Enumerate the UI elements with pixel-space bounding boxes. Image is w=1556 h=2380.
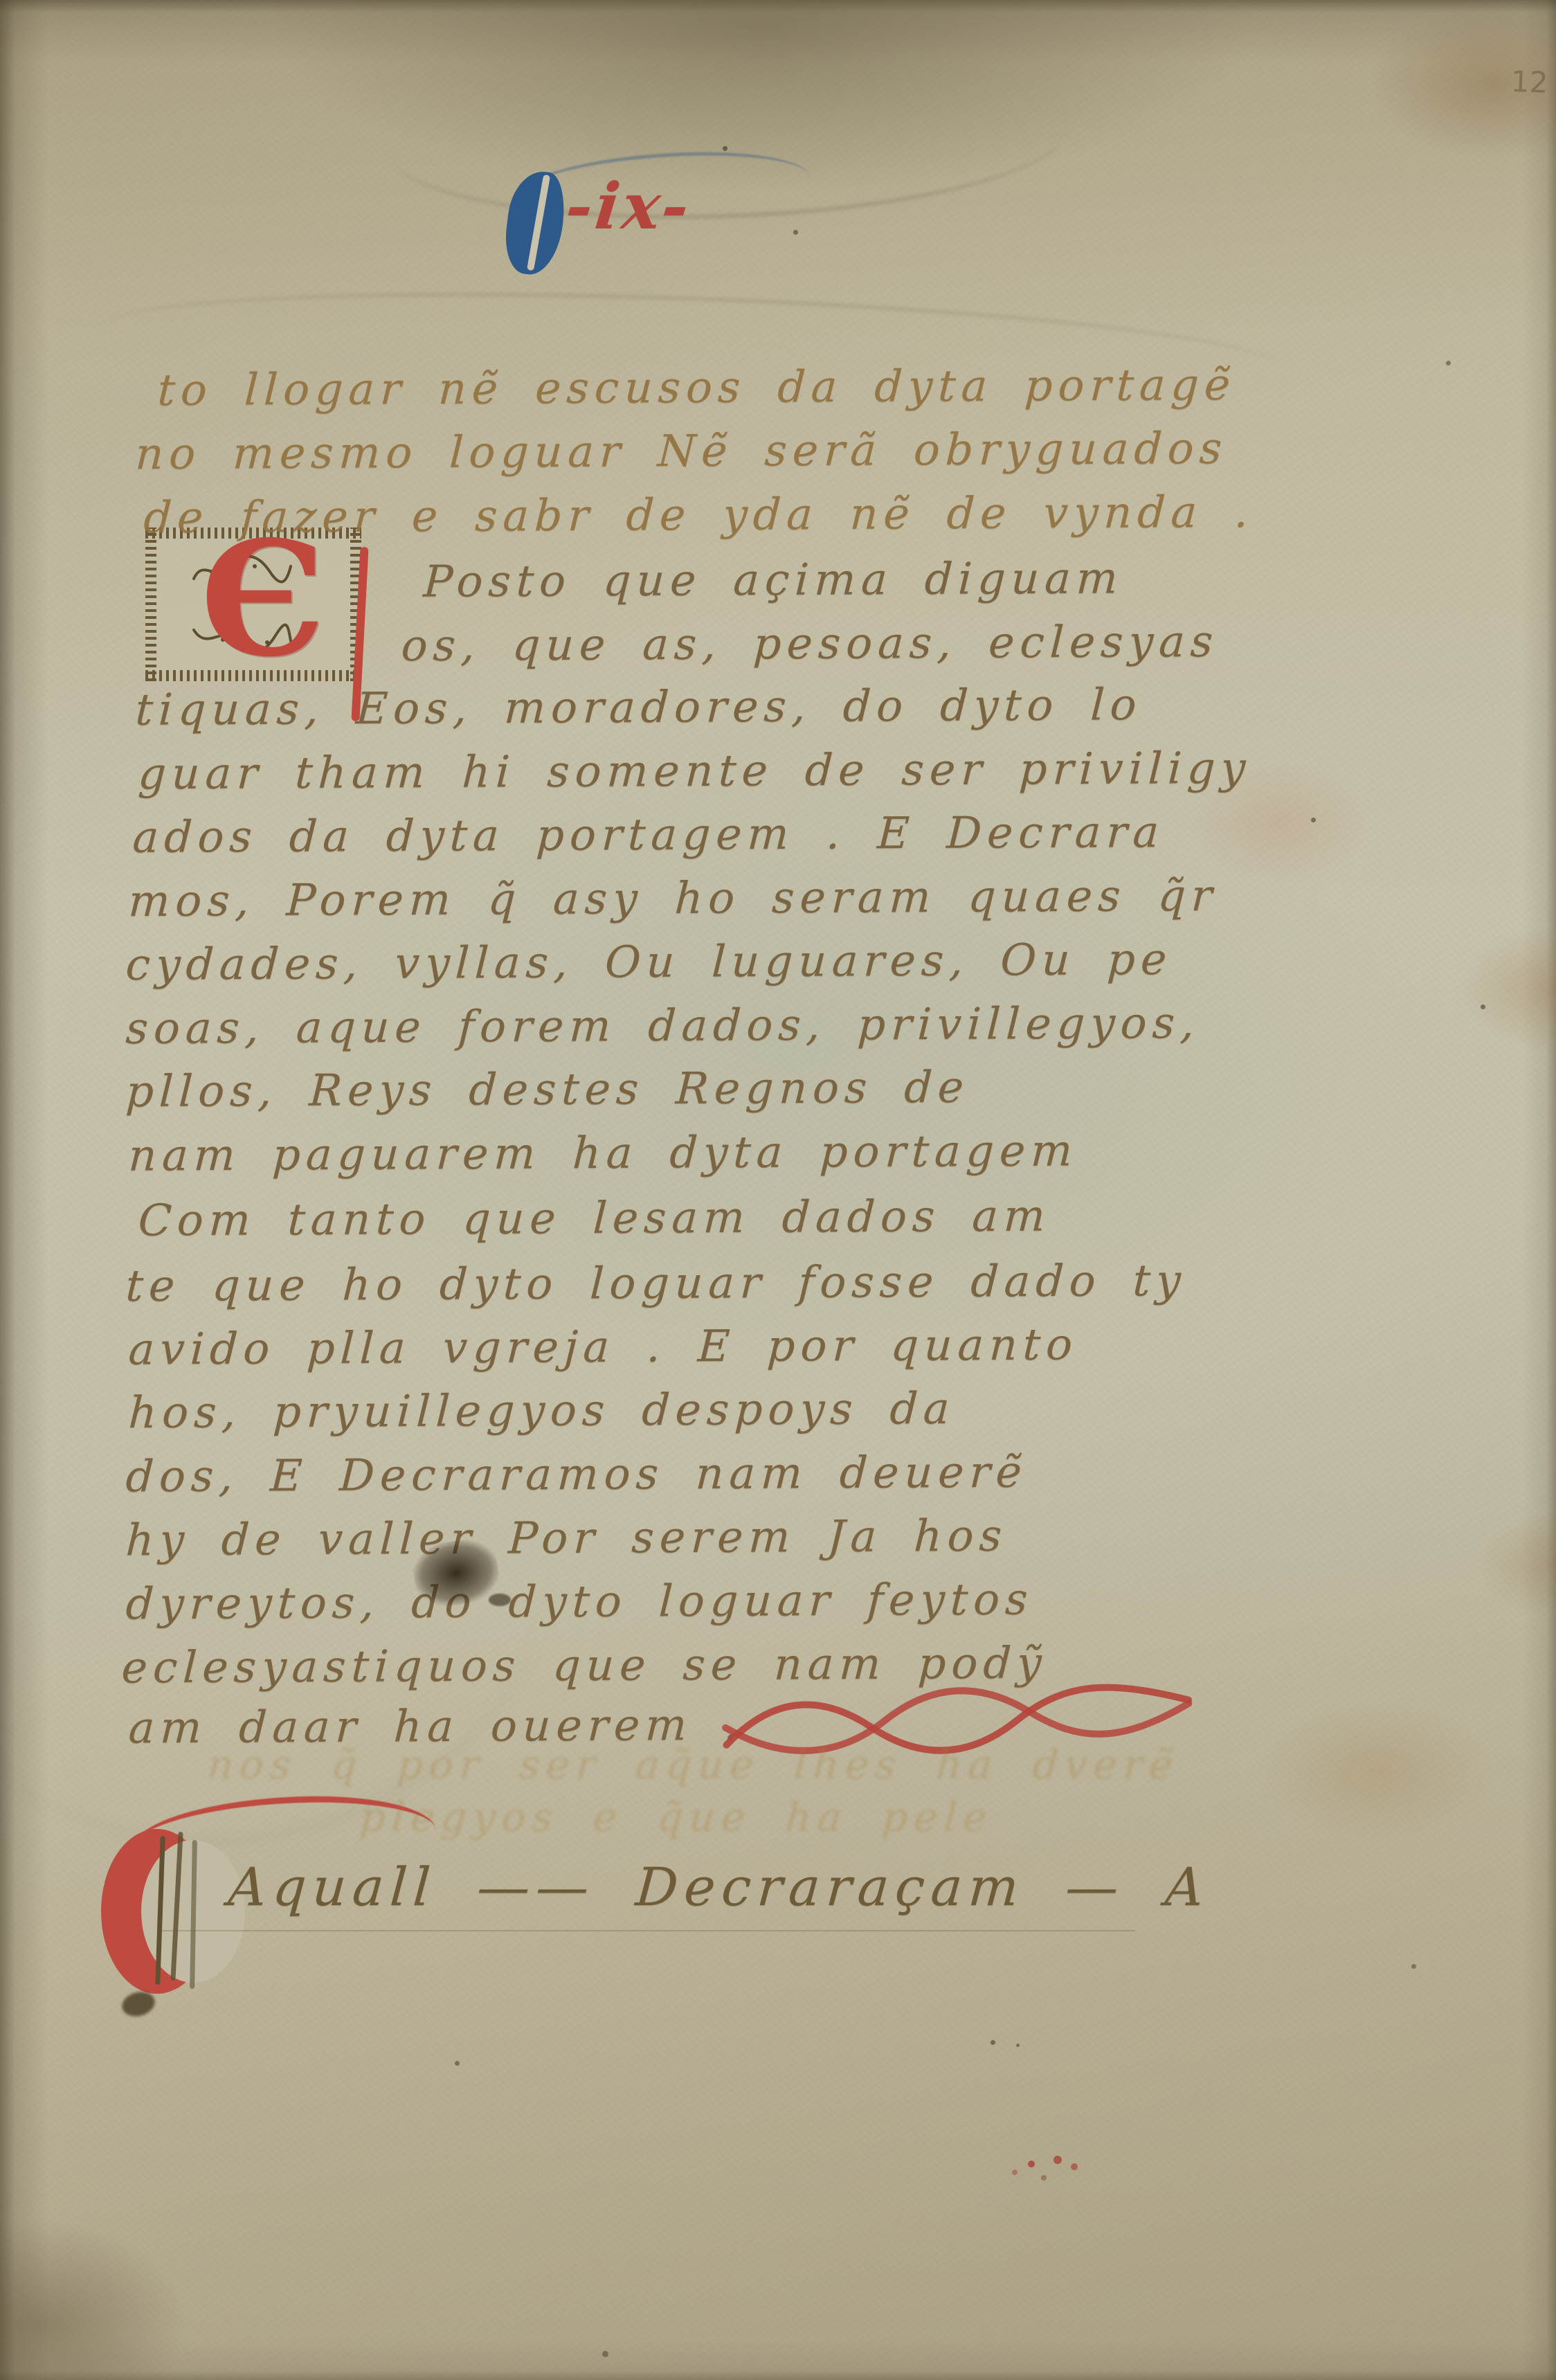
manuscript-line: ados da dyta portagem . E Decrara: [132, 810, 1165, 859]
manuscript-line: to llogar nẽ escusos da dyta portagẽ: [156, 363, 1236, 412]
manuscript-line: avido plla vgreja . E por quanto: [127, 1322, 1078, 1371]
dark-specks: [0, 0, 3, 3]
manuscript-line: no mesmo loguar Nẽ serã obryguados: [134, 426, 1228, 476]
rubric-text: Aquall —— Decraraçam — A: [226, 1861, 1211, 1913]
manuscript-line: pllos, Reys destes Regnos de: [125, 1065, 970, 1113]
manuscript-line: dyreytos, do dyto loguar feytos: [125, 1578, 1034, 1626]
manuscript-line: hy de valler Por serem Ja hos: [125, 1514, 1008, 1562]
decorated-initial-frame: Є: [145, 528, 361, 681]
ghost-line: plegyos e q̃ue ha pele: [359, 1797, 995, 1837]
manuscript-line: mos, Porem q̃ asy ho seram quaes q̃r: [127, 874, 1218, 923]
manuscript-line: cydades, vyllas, Ou luguares, Ou pe: [125, 937, 1173, 986]
manuscript-line: soas, aque forem dados, privillegyos,: [125, 1001, 1200, 1050]
pencil-folio-number: 12: [1510, 67, 1548, 98]
manuscript-line: os, que as, pesoas, eclesyas: [400, 620, 1219, 667]
ghost-line: nos q̃ por ser aq̃ue lhes ha dverẽ: [206, 1745, 1180, 1785]
manuscript-line: Posto que açima diguam: [422, 556, 1124, 603]
manuscript-line: guar tham hi somente de ser priviligy: [137, 746, 1251, 795]
manuscript-line: Com tanto que lesam dados am: [137, 1194, 1051, 1243]
manuscript-line: hos, pryuillegyos despoys da: [127, 1387, 956, 1434]
manuscript-line: de fazer e sabr de yda nẽ de vynda .: [143, 490, 1255, 539]
ruling-line: [159, 1930, 1135, 1931]
manuscript-page: -ix- 12 Є to llogar nẽ escusos da dyta p…: [0, 0, 1556, 2380]
manuscript-line: te que ho dyto loguar fosse dado ty: [125, 1259, 1187, 1308]
ink-blot: [489, 1594, 511, 1606]
manuscript-line: nam paguarem ha dyta portagem: [127, 1128, 1078, 1177]
manuscript-line: tiquas, Eos, moradores, do dyto lo: [134, 683, 1143, 732]
manuscript-line: dos, E Decraramos nam deuerẽ: [125, 1450, 1028, 1499]
folio-numeral: -ix-: [563, 174, 694, 238]
red-speckles: [1023, 2154, 1029, 2160]
